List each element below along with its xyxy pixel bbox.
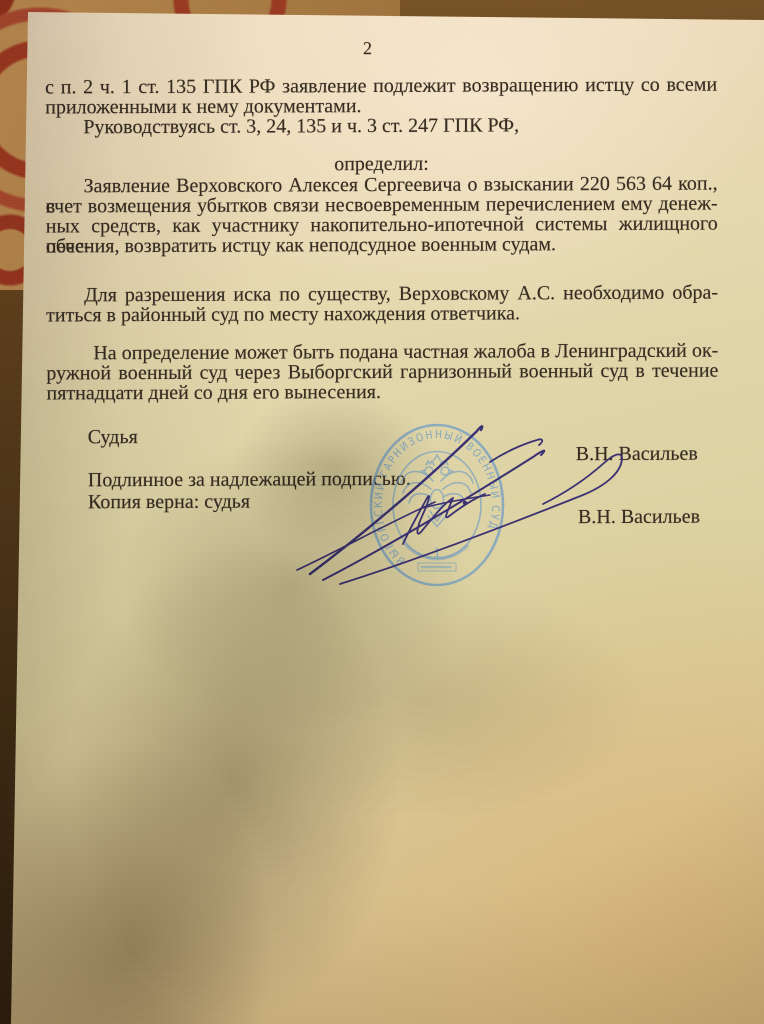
judge-label: Судья (88, 427, 138, 447)
text-line: с п. 2 ч. 1 ст. 135 ГПК РФ заявление под… (45, 75, 717, 98)
photo-of-court-document: 2 с п. 2 ч. 1 ст. 135 ГПК РФ заявление п… (0, 0, 764, 1024)
page-number: 2 (0, 36, 738, 60)
text-line: печения, возвратить истцу как неподсудно… (46, 234, 718, 257)
text-line: титься в районный суд по месту нахождени… (46, 303, 718, 326)
text-line: Руководствуясь ст. 3, 24, 135 и ч. 3 ст.… (45, 115, 717, 138)
judge-signature (285, 402, 645, 602)
body-paragraph: Заявление Верховского Алексея Сергеевича… (46, 174, 718, 257)
body-paragraph: с п. 2 ч. 1 ст. 135 ГПК РФ заявление под… (45, 75, 717, 138)
paper-sheet: 2 с п. 2 ч. 1 ст. 135 ГПК РФ заявление п… (0, 0, 764, 1024)
body-paragraph: Для разрешения иска по существу, Верховс… (46, 283, 718, 326)
copy-note: Копия верна: судья (88, 492, 250, 513)
text-line: ружной военный суд через Выборгский гарн… (46, 361, 718, 384)
